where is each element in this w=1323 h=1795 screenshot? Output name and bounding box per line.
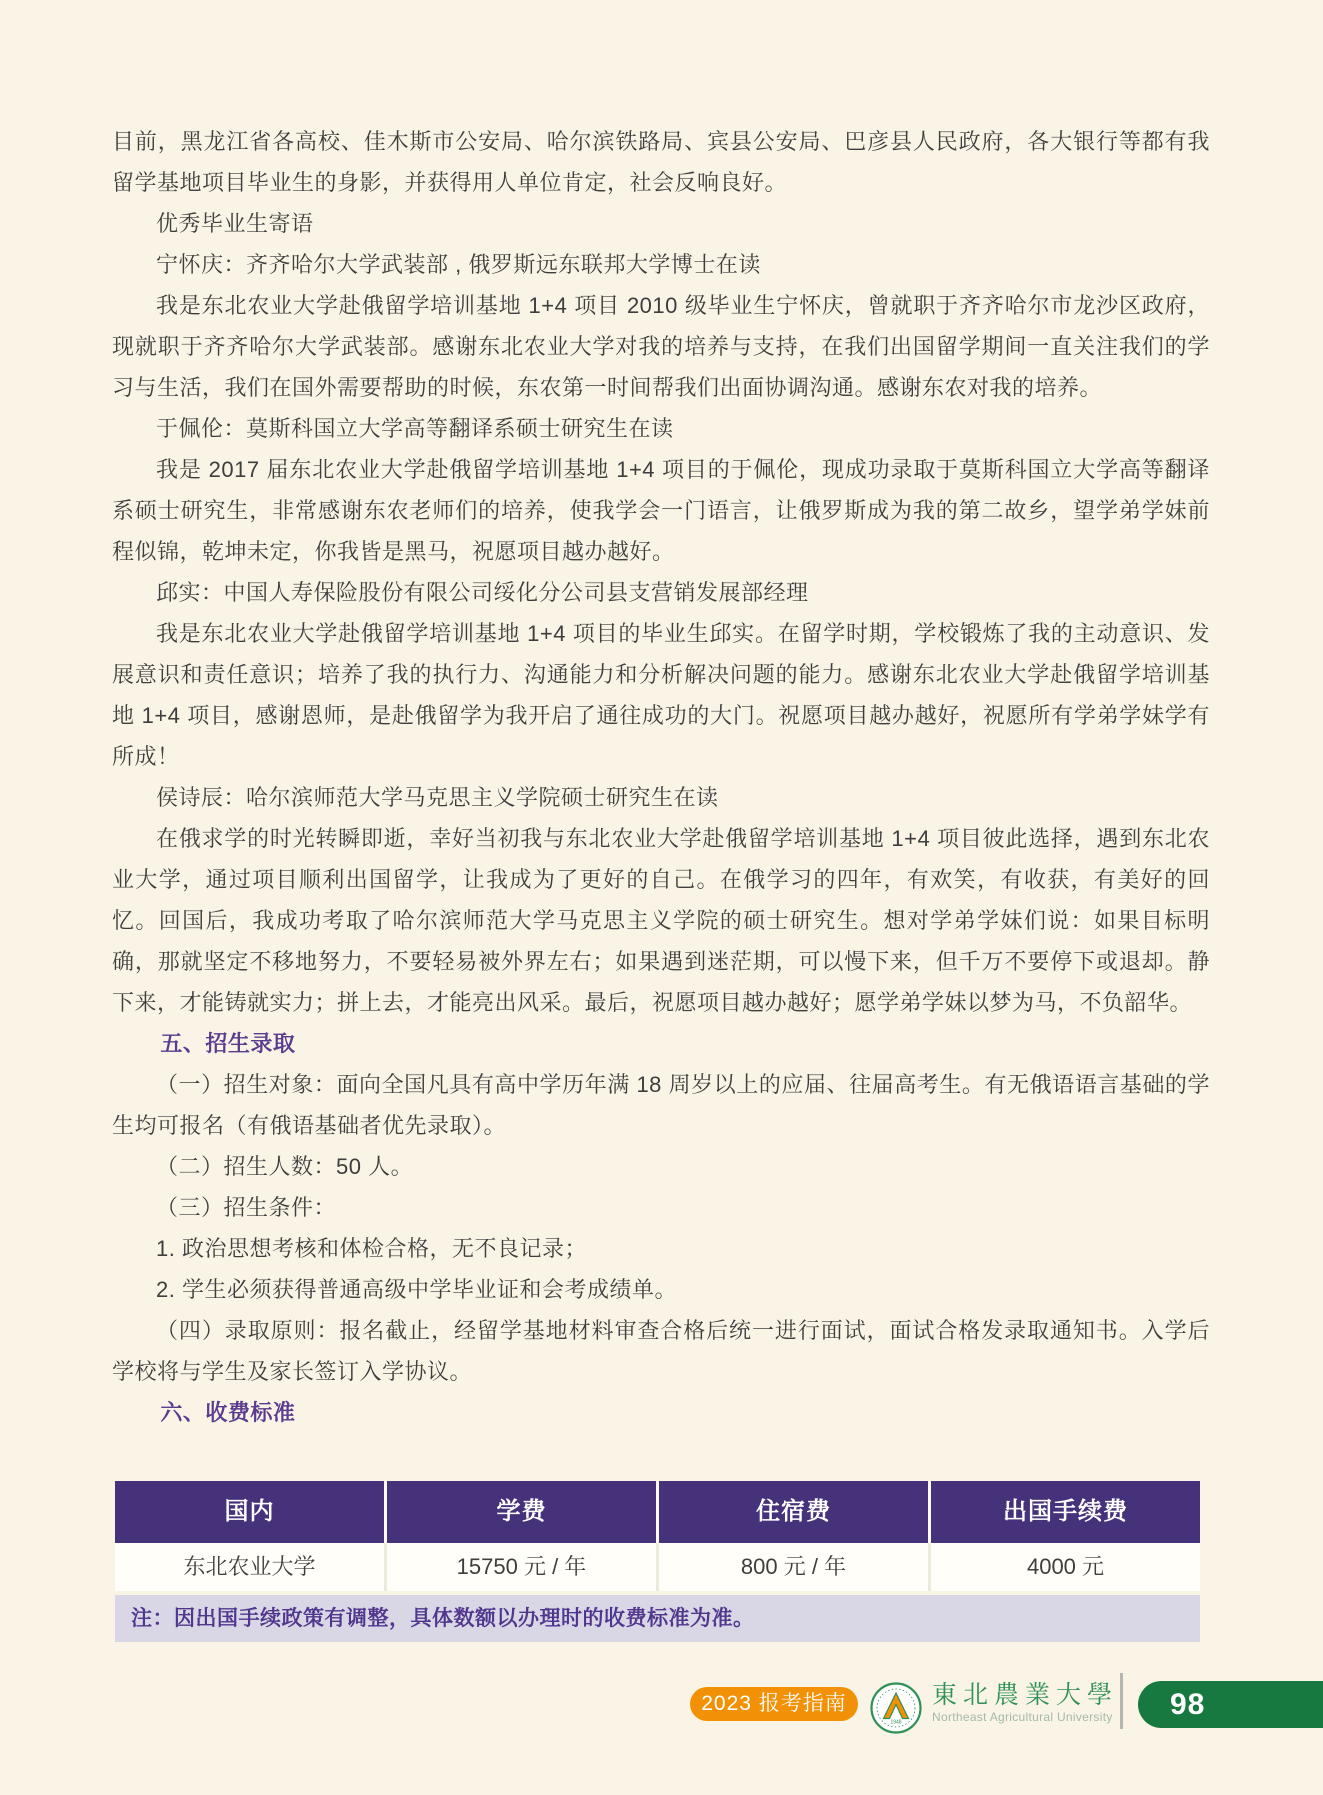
paragraph-houshichen-quote: 在俄求学的时光转瞬即逝，幸好当初我与东北农业大学赴俄留学培训基地 1+4 项目彼… xyxy=(112,818,1210,1023)
paragraph-quota: （二）招生人数：50 人。 xyxy=(112,1146,1210,1187)
page-body: 目前，黑龙江省各高校、佳木斯市公安局、哈尔滨铁路局、宾县公安局、巴彦县人民政府，… xyxy=(112,121,1210,1642)
paragraph-condition-2: 2. 学生必须获得普通高级中学毕业证和会考成绩单。 xyxy=(112,1269,1210,1310)
fee-table: 国内 学费 住宿费 出国手续费 东北农业大学 15750 元 / 年 800 元… xyxy=(115,1481,1200,1642)
page-number: 98 xyxy=(1138,1681,1323,1728)
paragraph-qiushi-quote: 我是东北农业大学赴俄留学培训基地 1+4 项目的毕业生邱实。在留学时期，学校锻炼… xyxy=(112,613,1210,777)
section-heading-admission: 五、招生录取 xyxy=(112,1023,1210,1064)
paragraph-conditions-title: （三）招生条件： xyxy=(112,1187,1210,1228)
svg-text:1948: 1948 xyxy=(890,1720,901,1726)
paragraph-ninghuaiqing-title: 宁怀庆：齐齐哈尔大学武装部 , 俄罗斯远东联邦大学博士在读 xyxy=(112,244,1210,285)
university-name-en: Northeast Agricultural University xyxy=(932,1710,1122,1724)
paragraph-yupeilun-quote: 我是 2017 届东北农业大学赴俄留学培训基地 1+4 项目的于佩伦，现成功录取… xyxy=(112,449,1210,572)
fee-cell-tuition: 15750 元 / 年 xyxy=(387,1543,656,1591)
fee-header-tuition: 学费 xyxy=(387,1481,656,1543)
page-number-box: 98 xyxy=(1138,1681,1323,1728)
paragraph-graduates-title: 优秀毕业生寄语 xyxy=(112,203,1210,244)
admission-guide-page: 目前，黑龙江省各高校、佳木斯市公安局、哈尔滨铁路局、宾县公安局、巴彦县人民政府，… xyxy=(0,0,1323,1795)
paragraph-houshichen-title: 侯诗辰：哈尔滨师范大学马克思主义学院硕士研究生在读 xyxy=(112,777,1210,818)
paragraph-intro: 目前，黑龙江省各高校、佳木斯市公安局、哈尔滨铁路局、宾县公安局、巴彦县人民政府，… xyxy=(112,121,1210,203)
paragraph-condition-1: 1. 政治思想考核和体检合格，无不良记录； xyxy=(112,1228,1210,1269)
fee-table-note: 注：因出国手续政策有调整，具体数额以办理时的收费标准为准。 xyxy=(115,1595,1200,1642)
paragraph-ninghuaiqing-quote: 我是东北农业大学赴俄留学培训基地 1+4 项目 2010 级毕业生宁怀庆，曾就职… xyxy=(112,285,1210,408)
guide-year-badge: 2023 报考指南 xyxy=(690,1687,858,1721)
fee-cell-accommodation: 800 元 / 年 xyxy=(659,1543,928,1591)
paragraph-qiushi-title: 邱实：中国人寿保险股份有限公司绥化分公司县支营销发展部经理 xyxy=(112,572,1210,613)
fee-header-abroad-fee: 出国手续费 xyxy=(931,1481,1200,1543)
paragraph-yupeilun-title: 于佩伦：莫斯科国立大学高等翻译系硕士研究生在读 xyxy=(112,408,1210,449)
paragraph-admission-principle: （四）录取原则：报名截止，经留学基地材料审查合格后统一进行面试，面试合格发录取通… xyxy=(112,1310,1210,1392)
fee-header-accommodation: 住宿费 xyxy=(659,1481,928,1543)
fee-table-data-row: 东北农业大学 15750 元 / 年 800 元 / 年 4000 元 xyxy=(115,1543,1200,1591)
university-name-cn: 東北農業大學 xyxy=(932,1681,1122,1709)
paragraph-target: （一）招生对象：面向全国凡具有高中学历年满 18 周岁以上的应届、往届高考生。有… xyxy=(112,1064,1210,1146)
fee-cell-university: 东北农业大学 xyxy=(115,1543,384,1591)
page-footer: 2023 报考指南 1948 東北農業大學 Northeast Agricult… xyxy=(0,1681,1323,1733)
footer-divider xyxy=(1120,1673,1123,1729)
university-logo-icon: 1948 xyxy=(870,1682,922,1734)
fee-header-domestic: 国内 xyxy=(115,1481,384,1543)
section-heading-fees: 六、收费标准 xyxy=(112,1392,1210,1433)
fee-cell-abroad-fee: 4000 元 xyxy=(931,1543,1200,1591)
fee-table-header-row: 国内 学费 住宿费 出国手续费 xyxy=(115,1481,1200,1543)
university-name-block: 東北農業大學 Northeast Agricultural University xyxy=(932,1681,1122,1724)
